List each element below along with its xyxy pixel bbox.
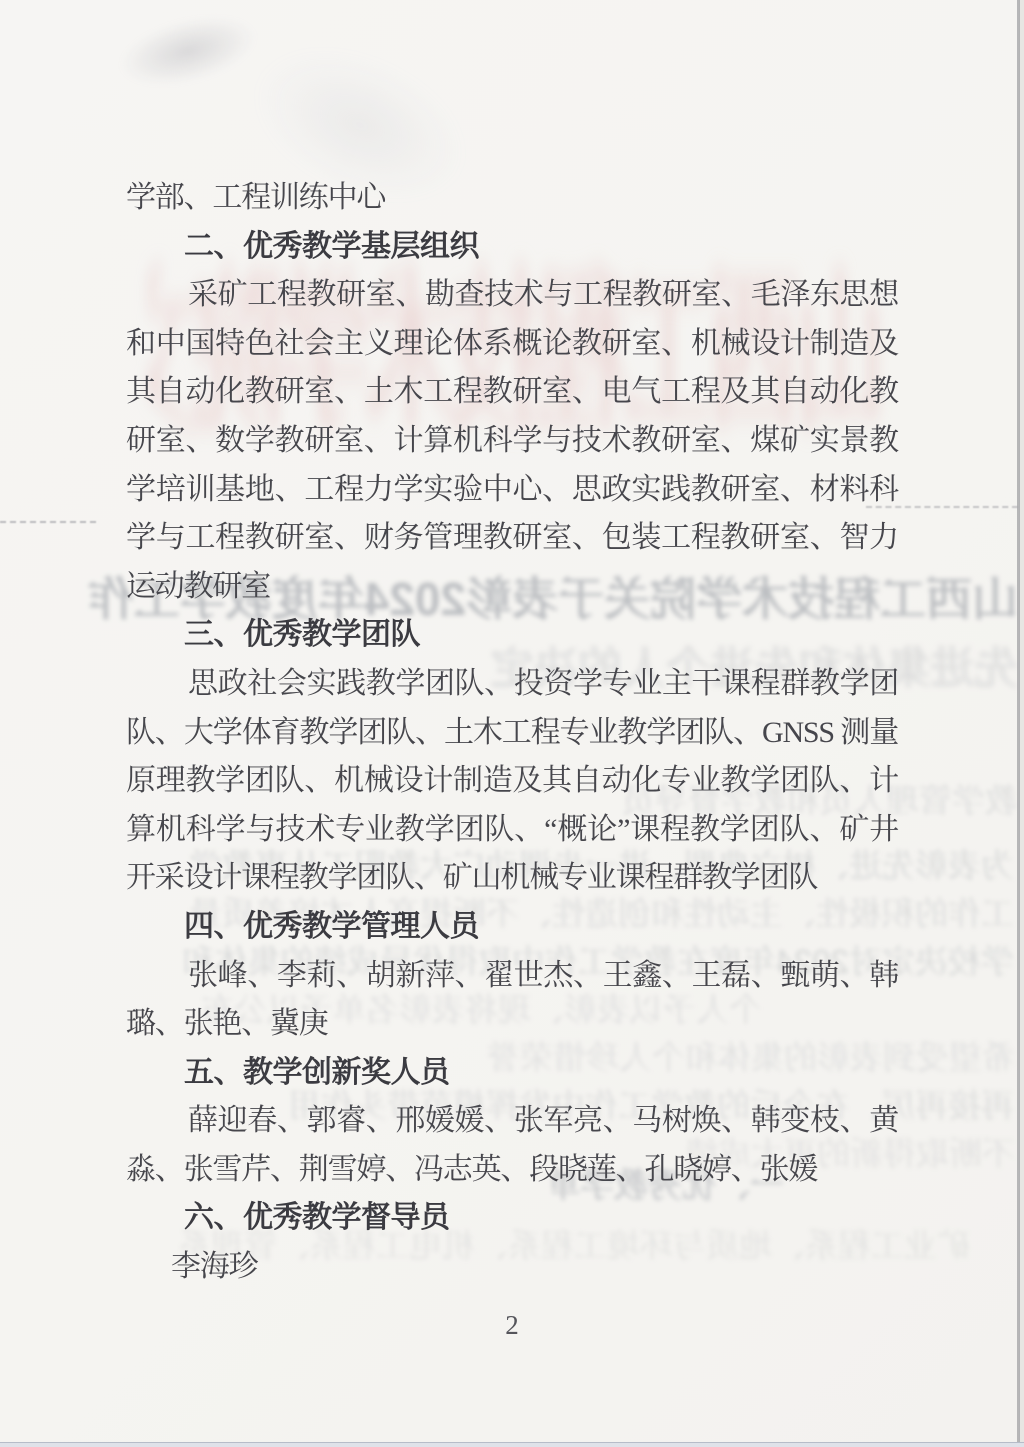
document-content: 学部、工程训练中心 二、优秀教学基层组织 采矿工程教研室、勘查技术与工程教研室、… — [126, 174, 898, 1292]
section-heading-management-staff: 四、优秀教学管理人员 — [126, 903, 898, 952]
section-heading-supervisors: 六、优秀教学督导员 — [126, 1194, 898, 1243]
section-heading-innovation-award: 五、教学创新奖人员 — [126, 1049, 898, 1098]
section-body-management-staff: 张峰、李莉、胡新萍、翟世杰、王鑫、王磊、甄萌、韩璐、张艳、冀庚 — [126, 952, 898, 1049]
section-body-teaching-teams: 思政社会实践教学团队、投资学专业主干课程群教学团队、大学体育教学团队、土木工程专… — [126, 660, 898, 903]
section-heading-basic-organizations: 二、优秀教学基层组织 — [126, 223, 898, 272]
section-heading-teaching-teams: 三、优秀教学团队 — [126, 611, 898, 660]
section-body-basic-organizations: 采矿工程教研室、勘查技术与工程教研室、毛泽东思想和中国特色社会主义理论体系概论教… — [126, 271, 898, 611]
document-page: 山西工程技术学院文件 山西工程技术学院关于表彰2024年度教学工作 先进集体和先… — [0, 0, 1024, 1447]
bleedthrough-rule-left — [0, 521, 96, 523]
section-body-innovation-award: 薛迎春、郭睿、邢媛媛、张军亮、马树焕、韩变枝、黄淼、张雪芹、荆雪婷、冯志英、段晓… — [126, 1097, 898, 1194]
page-number: 2 — [0, 1308, 1024, 1342]
page-edge-shadow — [1017, 0, 1020, 1447]
section-body-supervisors: 李海珍 — [126, 1243, 898, 1292]
page-bottom-edge — [0, 1442, 1024, 1447]
body-text-continuation: 学部、工程训练中心 — [126, 174, 898, 223]
scan-smudge — [113, 4, 264, 98]
